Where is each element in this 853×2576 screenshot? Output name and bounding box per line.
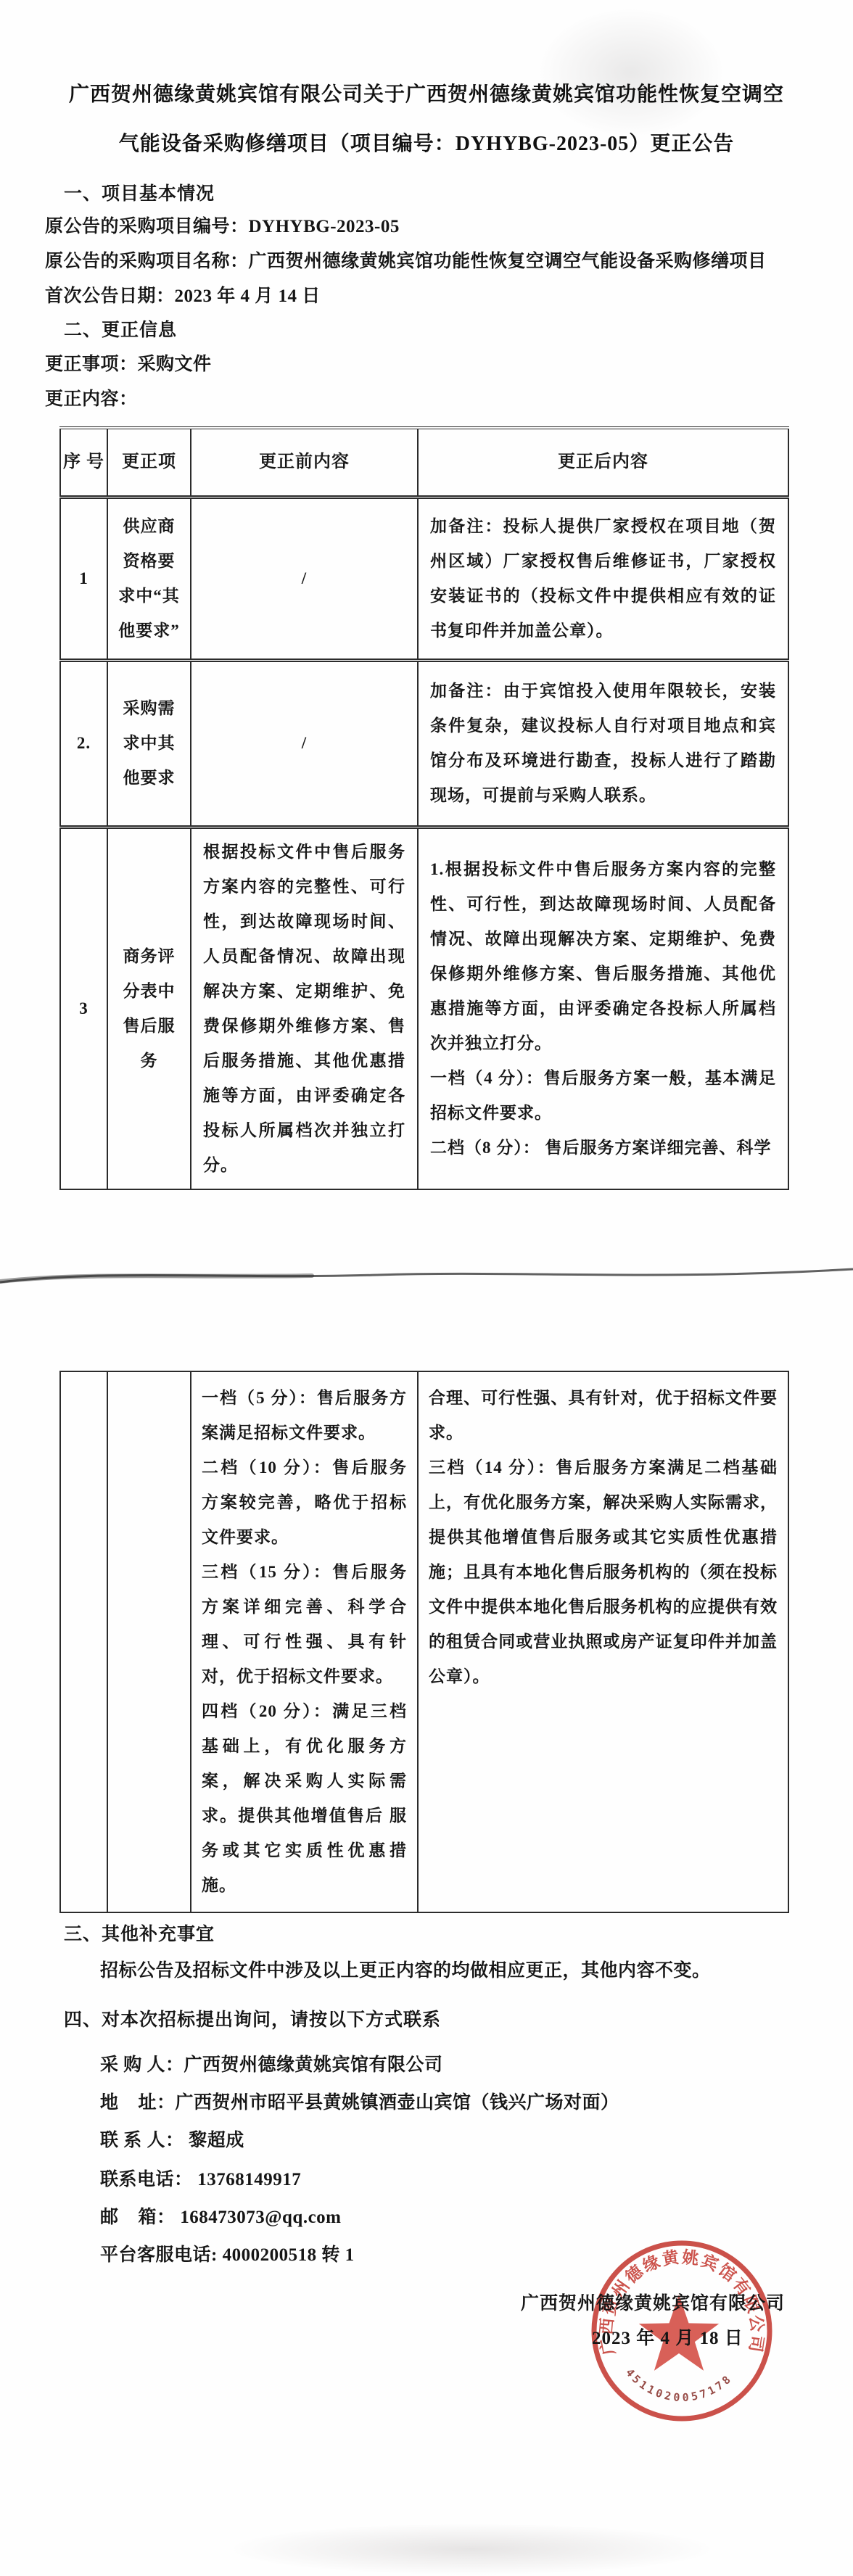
header-before: 更正前内容 — [191, 428, 418, 497]
row3-seq: 3 — [60, 827, 107, 1189]
cont-before-p1: 一档（5 分）：售后服务方案满足招标文件要求。 — [202, 1381, 407, 1450]
row3-item: 商务评分表中售后服务 — [107, 827, 191, 1189]
contact-address-label: 地 址： — [100, 2093, 176, 2113]
row2-before: / — [191, 660, 418, 827]
row1-before: / — [191, 497, 418, 660]
cont-seq-cell-empty — [60, 1371, 107, 1912]
row2-after: 加备注：由于宾馆投入使用年限较长，安装条件复杂，建议投标人自行对项目地点和宾馆分… — [418, 660, 788, 827]
cont-before-p3: 三档（15 分）：售后服务方案详细完善、科学合理、可行性强、具有针对，优于招标文… — [202, 1555, 407, 1694]
header-item: 更正项 — [107, 428, 191, 497]
correction-item-line: 更正事项：采购文件 — [45, 352, 212, 378]
row1-item: 供应商资格要求中“其他要求” — [107, 497, 191, 660]
cont-item-cell-empty — [107, 1371, 191, 1912]
svg-text:4511020057178: 4511020057178 — [623, 2366, 734, 2405]
project-number-line: 原公告的采购项目编号：DYHYBG-2023-05 — [45, 214, 400, 240]
contact-platform-label: 平台客服电话: — [100, 2245, 218, 2265]
correction-table-continued: 一档（5 分）：售后服务方案满足招标文件要求。 二档（10 分）：售后服务方案较… — [59, 1371, 789, 1913]
row2-item: 采购需求中其他要求 — [107, 660, 191, 827]
cont-after-p1: 合理、可行性强、具有针对，优于招标文件要求。 — [429, 1381, 778, 1450]
document-title-line2: 气能设备采购修缮项目（项目编号：DYHYBG-2023-05）更正公告 — [0, 128, 853, 161]
correction-content-label: 更正内容： — [45, 387, 138, 413]
section3-heading: 三、其他补充事宜 — [64, 1922, 215, 1948]
cont-after-p2: 三档（14 分）：售后服务方案满足二档基础上，有优化服务方案，解决采购人实际需求… — [429, 1450, 778, 1694]
row1-seq: 1 — [60, 497, 107, 660]
row3-after-p2: 一档（4 分）：售后服务方案一般，基本满足招标文件要求。 — [430, 1061, 776, 1131]
contact-platform-value: 4000200518 转 1 — [218, 2245, 355, 2265]
contact-buyer-label: 采 购 人： — [100, 2055, 184, 2075]
signature-date: 2023 年 4 月 18 日 — [592, 2327, 743, 2351]
contact-person-label: 联 系 人： — [100, 2131, 184, 2150]
header-after: 更正后内容 — [418, 428, 788, 497]
row2-seq: 2. — [60, 660, 107, 827]
contact-buyer: 采 购 人：广西贺州德缘黄姚宾馆有限公司 — [100, 2052, 443, 2078]
table-row: 一档（5 分）：售后服务方案满足招标文件要求。 二档（10 分）：售后服务方案较… — [60, 1371, 788, 1912]
header-seq: 序 号 — [60, 428, 107, 497]
seal-serial-number: 4511020057178 — [623, 2366, 734, 2405]
row1-after: 加备注：投标人提供厂家授权在项目地（贺州区域）厂家授权售后维修证书，厂家授权安装… — [418, 497, 788, 660]
contact-phone: 联系电话： 13768149917 — [100, 2167, 301, 2193]
table-row: 3 商务评分表中售后服务 根据投标文件中售后服务方案内容的完整性、可行性，到达故… — [60, 827, 788, 1189]
contact-email-value: 168473073@qq.com — [176, 2208, 342, 2227]
contact-address: 地 址：广西贺州市昭平县黄姚镇酒壶山宾馆（钱兴广场对面） — [100, 2090, 619, 2116]
first-announce-date-line: 首次公告日期：2023 年 4 月 14 日 — [45, 284, 321, 310]
project-name-line: 原公告的采购项目名称：广西贺州德缘黄姚宾馆功能性恢复空调空气能设备采购修缮项目 — [45, 249, 767, 275]
section1-heading: 一、项目基本情况 — [64, 181, 215, 207]
cont-before-p2: 二档（10 分）：售后服务方案较完善，略优于招标文件要求。 — [202, 1450, 407, 1555]
page-break-shadow — [0, 1263, 853, 1295]
document-title-line1: 广西贺州德缘黄姚宾馆有限公司关于广西贺州德缘黄姚宾馆功能性恢复空调空 — [0, 78, 853, 112]
contact-person: 联 系 人： 黎超成 — [100, 2128, 244, 2154]
contact-phone-label: 联系电话： — [100, 2170, 193, 2189]
contact-person-value: 黎超成 — [184, 2131, 244, 2150]
correction-table-header-row: 序 号 更正项 更正前内容 更正后内容 — [60, 428, 788, 497]
cont-after-cell: 合理、可行性强、具有针对，优于招标文件要求。 三档（14 分）：售后服务方案满足… — [418, 1371, 788, 1912]
contact-address-value: 广西贺州市昭平县黄姚镇酒壶山宾馆（钱兴广场对面） — [176, 2093, 619, 2113]
section2-heading: 二、更正信息 — [64, 318, 177, 344]
contact-email-label: 邮 箱： — [100, 2208, 176, 2227]
correction-table: 序 号 更正项 更正前内容 更正后内容 1 供应商资格要求中“其他要求” / 加… — [59, 426, 789, 1190]
table-row: 2. 采购需求中其他要求 / 加备注：由于宾馆投入使用年限较长，安装条件复杂，建… — [60, 660, 788, 827]
row3-before: 根据投标文件中售后服务方案内容的完整性、可行性，到达故障现场时间、人员配备情况、… — [191, 827, 418, 1189]
section4-heading: 四、对本次招标提出询问，请按以下方式联系 — [64, 2007, 441, 2034]
section3-body: 招标公告及招标文件中涉及以上更正内容的均做相应更正，其他内容不变。 — [100, 1958, 711, 1984]
table-row: 1 供应商资格要求中“其他要求” / 加备注：投标人提供厂家授权在项目地（贺州区… — [60, 497, 788, 660]
row3-after-p1: 1.根据投标文件中售后服务方案内容的完整性、可行性，到达故障现场时间、人员配备情… — [430, 852, 776, 1061]
row3-after-p3: 二档（8 分）： 售后服务方案详细完善、科学 — [430, 1131, 776, 1165]
scan-smudge-bottom — [232, 2524, 711, 2575]
scan-smudge-top — [537, 7, 725, 138]
contact-buyer-value: 广西贺州德缘黄姚宾馆有限公司 — [184, 2055, 443, 2075]
contact-email: 邮 箱： 168473073@qq.com — [100, 2205, 342, 2231]
contact-platform-phone: 平台客服电话: 4000200518 转 1 — [100, 2242, 355, 2269]
signature-company: 广西贺州德缘黄姚宾馆有限公司 — [521, 2292, 785, 2316]
row3-after: 1.根据投标文件中售后服务方案内容的完整性、可行性，到达故障现场时间、人员配备情… — [418, 827, 788, 1189]
contact-phone-value: 13768149917 — [193, 2170, 302, 2189]
cont-before-cell: 一档（5 分）：售后服务方案满足招标文件要求。 二档（10 分）：售后服务方案较… — [191, 1371, 418, 1912]
cont-before-p4: 四档（20 分）：满足三档基础上，有优化服务方案，解决采购人实际需求。提供其他增… — [202, 1694, 407, 1903]
